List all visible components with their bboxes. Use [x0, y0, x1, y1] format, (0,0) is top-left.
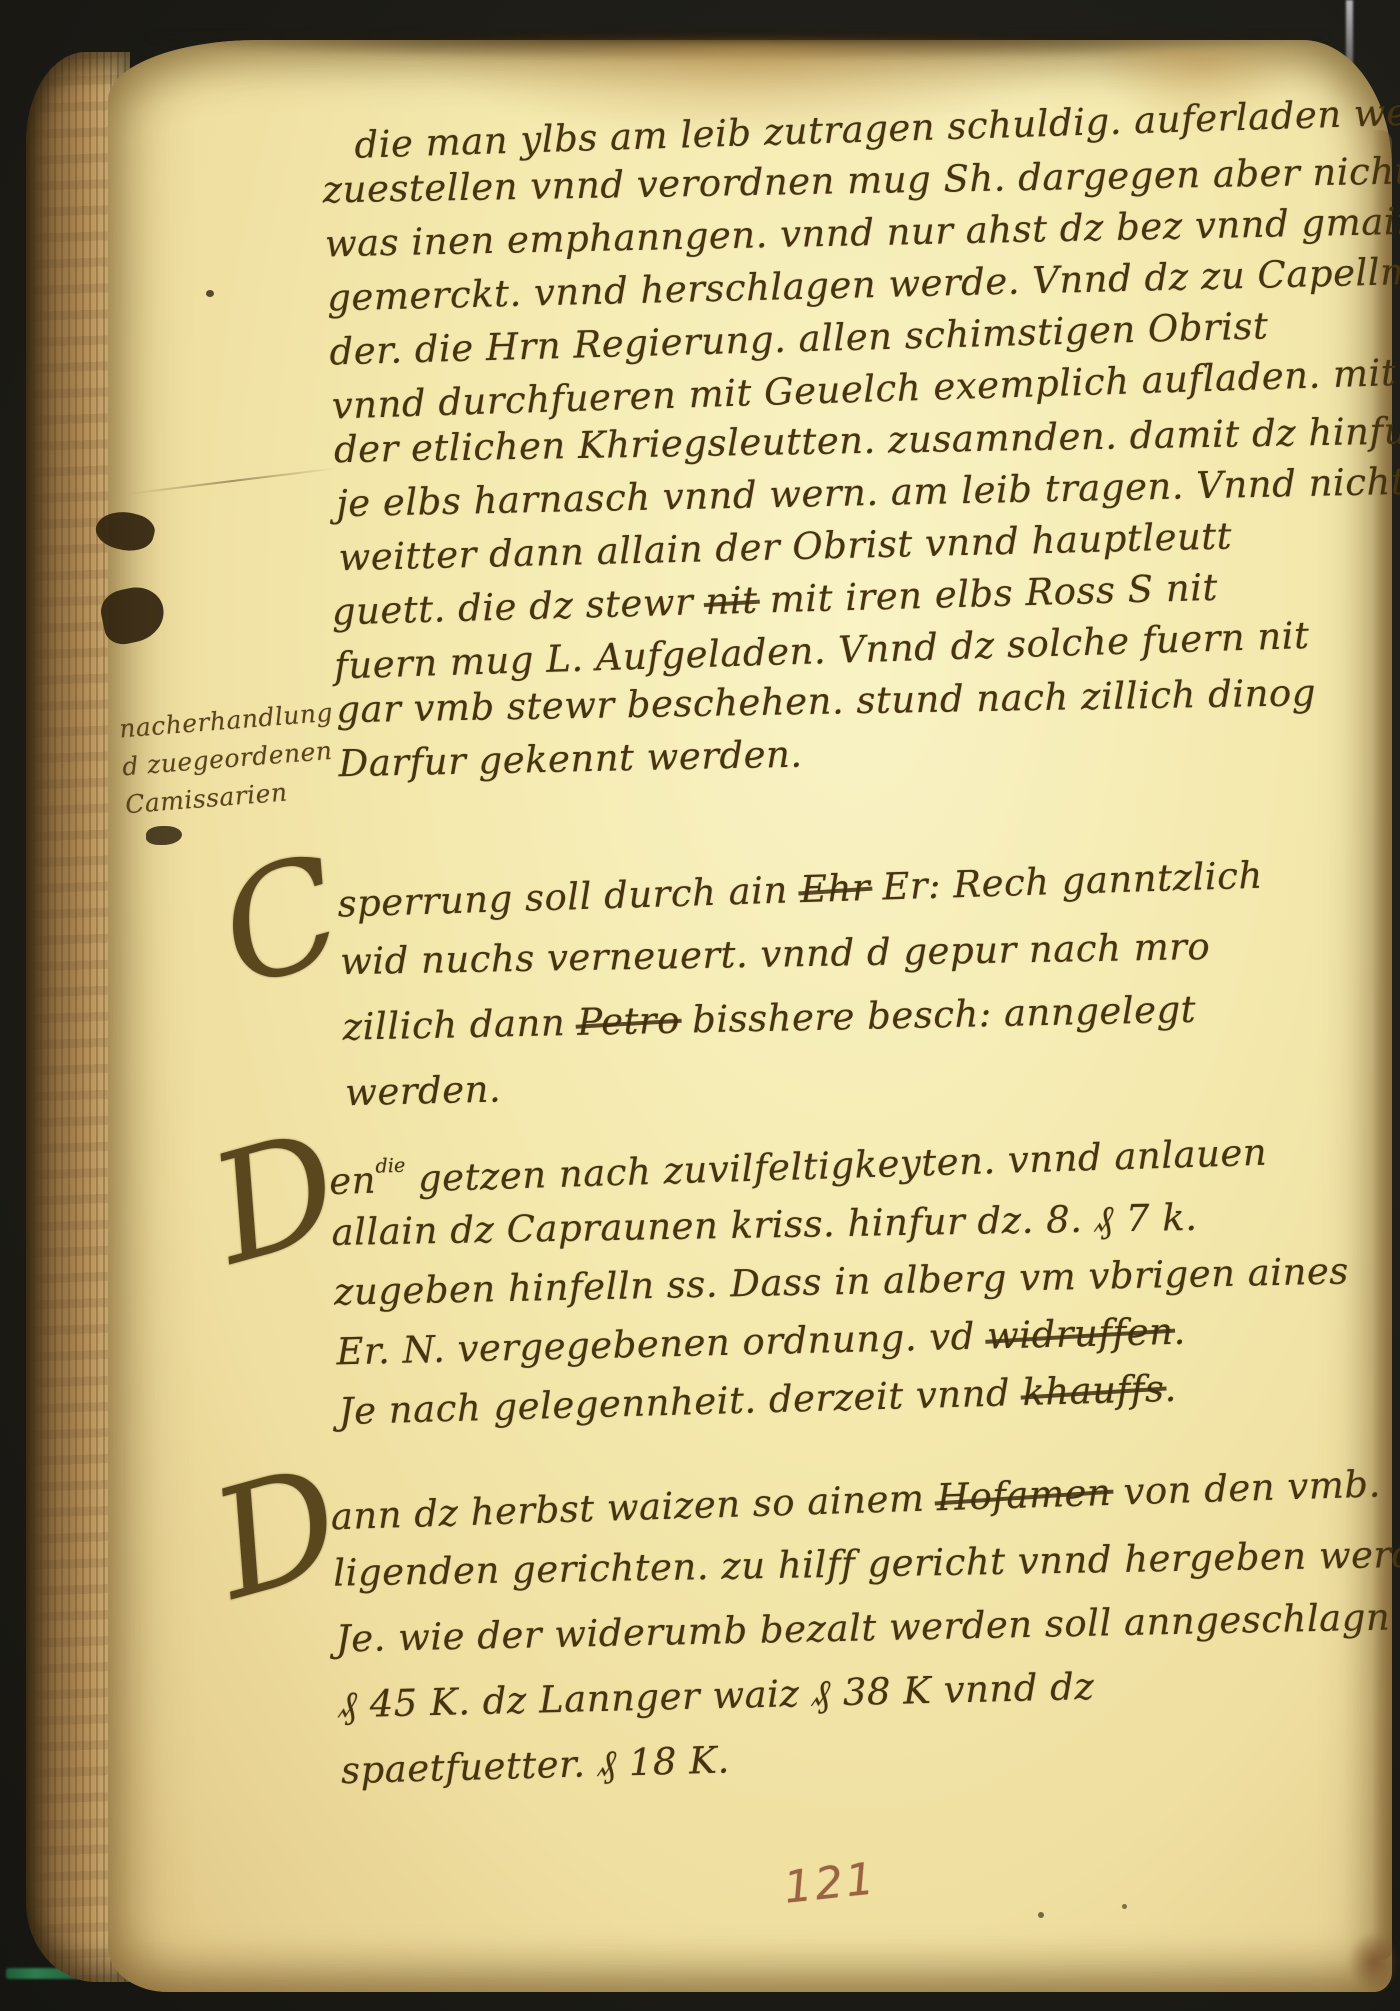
struck-word: Petro — [577, 999, 680, 1044]
margin-note: nacherhandlungd zuegeordenenCamissarien — [118, 694, 340, 824]
handwritten-text-block: die man ylbs am leib zutragen schuldig. … — [108, 40, 1392, 1992]
interlinear-insertion: die — [375, 1153, 406, 1177]
struck-word: Ehr — [799, 866, 870, 911]
struck-word: Hofamen — [936, 1471, 1112, 1519]
page-number: 121 — [782, 1853, 880, 1913]
manuscript-page: die man ylbs am leib zutragen schuldig. … — [108, 40, 1392, 1992]
paragraph-1: die man ylbs am leib zutragen schuldig. … — [324, 92, 1400, 797]
struck-word: nit — [705, 579, 758, 623]
struck-word: khauffs — [1022, 1367, 1165, 1414]
photo-backdrop: die man ylbs am leib zutragen schuldig. … — [0, 0, 1400, 2011]
paragraph-3: Dendie getzen nach zuvilfeltigkeyten. vn… — [333, 1132, 1355, 1447]
struck-word: widruffen — [987, 1310, 1174, 1358]
paragraph-4: Dann dz herbst waizen so ainem Hofamen v… — [334, 1465, 1400, 1812]
paragraph-2: Csperrung soll durch ain Ehr Er: Rech ga… — [341, 857, 1273, 1136]
flourish-initial: C — [206, 834, 357, 1009]
